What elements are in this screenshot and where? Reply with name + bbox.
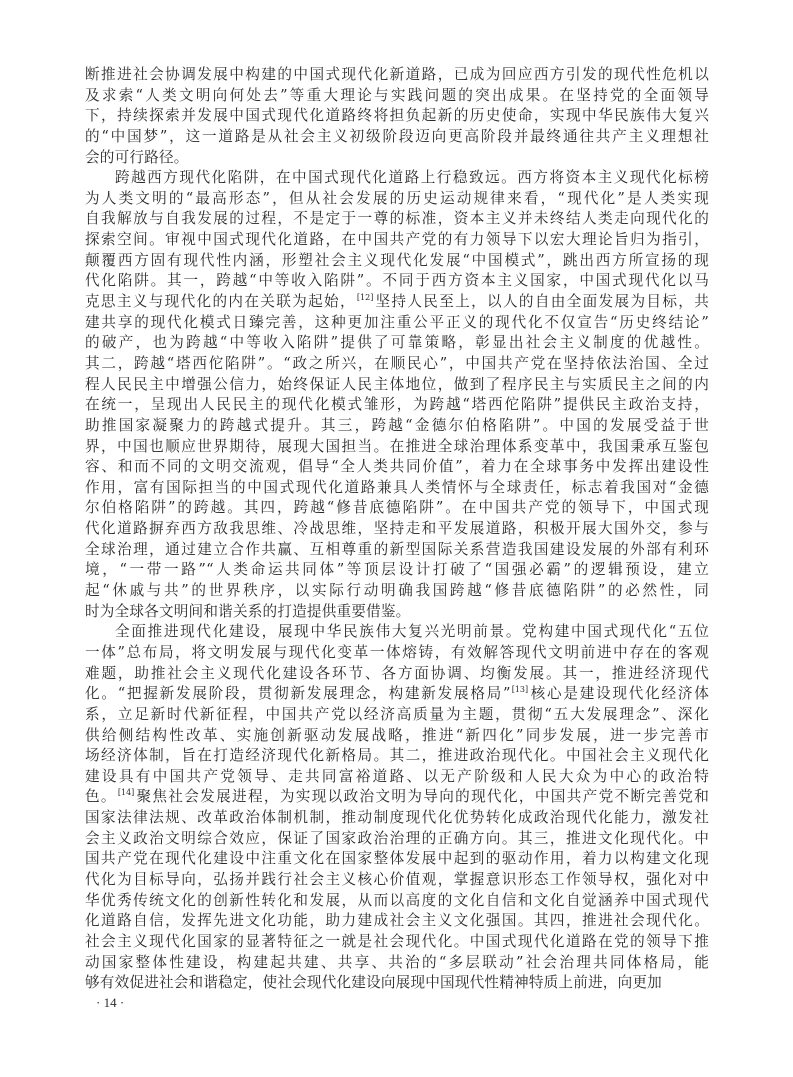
text-line: 境，“一带一路”“人类命运共同体”等顶层设计打破了“国强必霸”的逻辑预设，建立: [85, 560, 709, 581]
text-line: 化。“把握新发展阶段，贯彻新发展理念，构建新发展格局”[13]核心是建设现代化经…: [85, 684, 709, 705]
text-line: 颠覆西方固有现代性内涵，形塑社会主义现代化发展“中国模式”，跳出西方所宣扬的现: [85, 251, 709, 272]
text-line: 供给侧结构性改革、实施创新驱动发展战略，推进“新四化”同步发展，进一步完善市: [85, 726, 709, 747]
text-line: 自我解放与自我发展的过程，不是定于一尊的标准，资本主义并未终结人类走向现代化的: [85, 209, 709, 230]
text-line: 国家法律法规、改革政治体制机制，推动制度现代化优势转化成政治现代化能力，激发社: [85, 808, 709, 829]
text-line: 建设具有中国共产党领导、走共同富裕道路、以无产阶级和人民大众为中心的政治特: [85, 767, 709, 788]
text-line: 够有效促进社会和谐稳定，使社会现代化建设向展现中国现代性精神特质上前进，向更加: [85, 973, 709, 994]
text-line: 克思主义与现代化的内在关联为起始，[12]坚持人民至上，以人的自由全面发展为目标…: [85, 292, 709, 313]
text-line: 系，立足新时代新征程，中国共产党以经济高质量为主题，贯彻“五大发展理念”、深化: [85, 705, 709, 726]
text-line: 在统一，呈现出人民民主的现代化模式雏形，为跨越“塔西佗陷阱”提供民主政治支持，: [85, 395, 709, 416]
text-line: 全球治理，通过建立合作共赢、互相尊重的新型国际关系营造我国建设发展的外部有利环: [85, 540, 709, 561]
document-page: 断推进社会协调发展中构建的中国式现代化新道路，已成为回应西方引发的现代性危机以及…: [0, 0, 793, 1077]
text-line: 下，持续探索并发展中国式现代化道路终将担负起新的历史使命，实现中华民族伟大复兴: [85, 106, 709, 127]
text-line: 尔伯格陷阱”的跨越。其四，跨越“修昔底德陷阱”。在中国共产党的领导下，中国式现: [85, 498, 709, 519]
paragraph-p2: 跨越西方现代化陷阱，在中国式现代化道路上行稳致远。西方将资本主义现代化标榜为人类…: [85, 168, 709, 622]
text-line: 代化为目标导向，弘扬并践行社会主义核心价值观，掌握意识形态工作领导权，强化对中: [85, 870, 709, 891]
text-line: 的“中国梦”，这一道路是从社会主义初级阶段迈向更高阶段并最终通往共产主义理想社: [85, 127, 709, 148]
text-line: 为人类文明的“最高形态”，但从社会发展的历史运动规律来看，“现代化”是人类实现: [85, 189, 709, 210]
text-line: 全面推进现代化建设，展现中华民族伟大复兴光明前景。党构建中国式现代化“五位: [85, 622, 709, 643]
page-number: · 14 ·: [96, 995, 124, 1011]
text-line: 容、和而不同的文明交流观，倡导“全人类共同价值”，着力在全球事务中发挥出建设性: [85, 457, 709, 478]
paragraph-p3: 全面推进现代化建设，展现中华民族伟大复兴光明前景。党构建中国式现代化“五位一体”…: [85, 622, 709, 994]
text-line: 的破产，也为跨越“中等收入陷阱”提供了可靠策略，彰显出社会主义制度的优越性。: [85, 333, 709, 354]
text-line: 及求索“人类文明向何处去”等重大理论与实践问题的突出成果。在坚持党的全面领导: [85, 86, 709, 107]
footnote-ref-12[interactable]: [12]: [357, 293, 373, 302]
footnote-ref-13[interactable]: [13]: [512, 685, 528, 694]
text-line: 化道路自信，发挥先进文化功能，助力建成社会主义文化强国。其四，推进社会现代化。: [85, 911, 709, 932]
text-line: 社会主义现代化国家的显著特征之一就是社会现代化。中国式现代化道路在党的领导下推: [85, 932, 709, 953]
text-line: 其二，跨越“塔西佗陷阱”。“政之所兴，在顺民心”，中国共产党在坚持依法治国、全过: [85, 354, 709, 375]
text-line: 色。[14]聚焦社会发展进程，为实现以政治文明为导向的现代化，中国共产党不断完善…: [85, 787, 709, 808]
text-line: 会的可行路径。: [85, 148, 709, 169]
text-line: 程人民民主中增强公信力，始终保证人民主体地位，做到了程序民主与实质民主之间的内: [85, 375, 709, 396]
text-line: 华优秀传统文化的创新性转化和发展，从而以高度的文化自信和文化自觉涵养中国式现代: [85, 891, 709, 912]
text-line: 探索空间。审视中国式现代化道路，在中国共产党的有力领导下以宏大理论旨归为指引，: [85, 230, 709, 251]
text-line: 助推国家凝聚力的跨越式提升。其三，跨越“金德尔伯格陷阱”。中国的发展受益于世: [85, 416, 709, 437]
text-line: 会主义政治文明综合效应，保证了国家政治治理的正确方向。其三，推进文化现代化。中: [85, 829, 709, 850]
footnote-ref-14[interactable]: [14]: [118, 788, 134, 797]
text-line: 难题，助推社会主义现代化建设各环节、各方面协调、均衡发展。其一，推进经济现代: [85, 664, 709, 685]
text-line: 界，中国也顺应世界期待，展现大国担当。在推进全球治理体系变革中，我国秉承互鉴包: [85, 437, 709, 458]
text-line: 作用，富有国际担当的中国式现代化道路兼具人类情怀与全球责任，标志着我国对“金德: [85, 478, 709, 499]
text-line: 动国家整体性建设，构建起共建、共享、共治的“多层联动”社会治理共同体格局，能: [85, 953, 709, 974]
text-line: 断推进社会协调发展中构建的中国式现代化新道路，已成为回应西方引发的现代性危机以: [85, 65, 709, 86]
text-line: 国共产党在现代化建设中注重文化在国家整体发展中起到的驱动作用，着力以构建文化现: [85, 849, 709, 870]
text-line: 代化陷阱。其一，跨越“中等收入陷阱”。不同于西方资本主义国家，中国式现代化以马: [85, 271, 709, 292]
text-line: 建共享的现代化模式日臻完善，这种更加注重公平正义的现代化不仅宣告“历史终结论”: [85, 313, 709, 334]
text-line: 跨越西方现代化陷阱，在中国式现代化道路上行稳致远。西方将资本主义现代化标榜: [85, 168, 709, 189]
body-text: 断推进社会协调发展中构建的中国式现代化新道路，已成为回应西方引发的现代性危机以及…: [85, 65, 709, 994]
text-line: 起“休戚与共”的世界秩序，以实际行动明确我国跨越“修昔底德陷阱”的必然性，同: [85, 581, 709, 602]
text-line: 场经济体制，旨在打造经济现代化新格局。其二，推进政治现代化。中国社会主义现代化: [85, 746, 709, 767]
paragraph-p1: 断推进社会协调发展中构建的中国式现代化新道路，已成为回应西方引发的现代性危机以及…: [85, 65, 709, 168]
text-line: 一体”总布局，将文明发展与现代化变革一体熔铸，有效解答现代文明前进中存在的客观: [85, 643, 709, 664]
text-line: 时为全球各文明间和谐关系的打造提供重要借鉴。: [85, 602, 709, 623]
text-line: 代化道路摒弃西方敌我思维、冷战思维，坚持走和平发展道路，积极开展大国外交，参与: [85, 519, 709, 540]
